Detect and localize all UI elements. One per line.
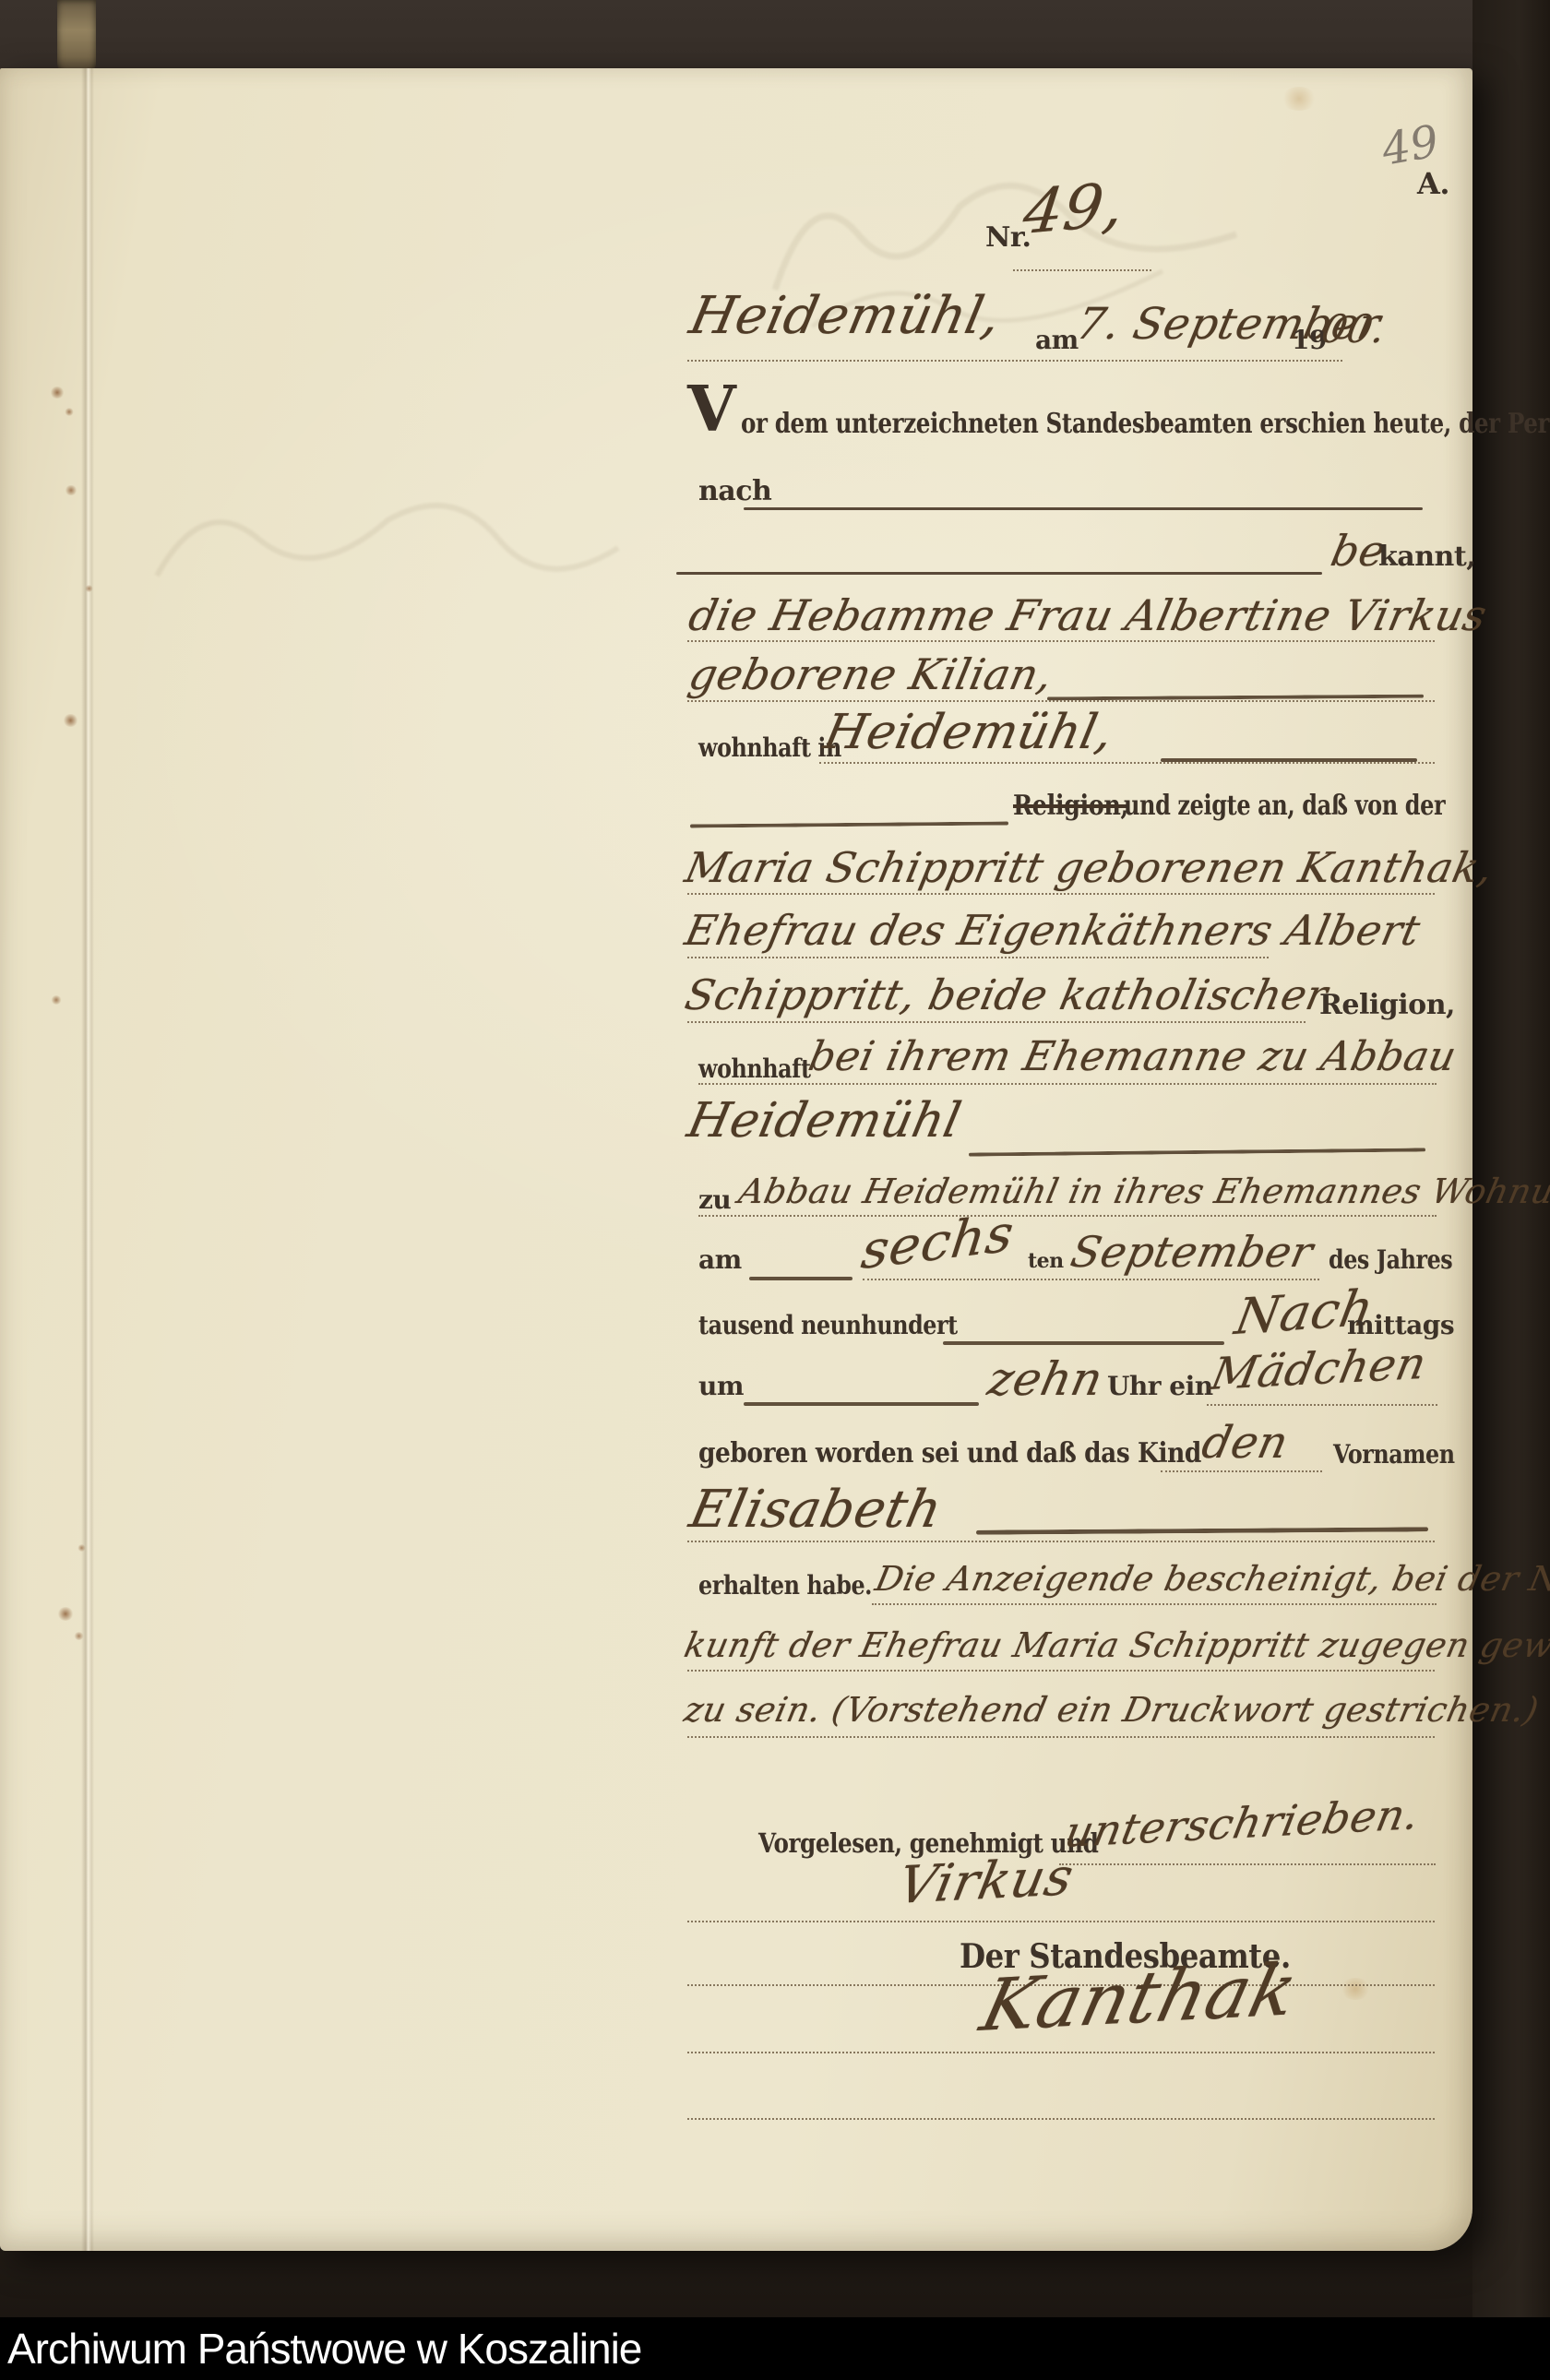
- mother-line2: Ehefrau des Eigenkäthners Albert: [681, 906, 1425, 955]
- blank-stroke: [976, 1527, 1428, 1534]
- note-line1: Die Anzeigende bescheinigt, bei der Nied…: [872, 1559, 1550, 1599]
- blank-stroke: [749, 1277, 852, 1280]
- underline: [687, 893, 1435, 895]
- am-label: am: [1035, 325, 1079, 355]
- erhalten-label: erhalten habe.: [698, 1570, 872, 1601]
- uhr-ein-label: Uhr ein: [1107, 1371, 1213, 1401]
- mittags-label: mittags: [1347, 1310, 1454, 1340]
- child-name-handwritten: Elisabeth: [685, 1480, 948, 1540]
- zu-label: zu: [698, 1184, 731, 1215]
- vornamen-label: Vornamen: [1333, 1439, 1455, 1470]
- blank-stroke: [744, 1402, 979, 1406]
- archive-caption-bar: Archiwum Państwowe w Koszalinie: [0, 2317, 1550, 2380]
- underline: [687, 1021, 1306, 1023]
- underline: [863, 1279, 1319, 1280]
- stain: [57, 1607, 74, 1621]
- place-handwritten: Heidemühl,: [685, 286, 1007, 346]
- archive-scan-background: 49 A. Nr. 49, Heidemühl, am 7. September…: [0, 0, 1550, 2380]
- stain: [63, 714, 78, 727]
- stain: [77, 1544, 86, 1552]
- blank-stroke: [969, 1148, 1425, 1156]
- note-line3: zu sein. (Vorstehend ein Druckwort gestr…: [681, 1690, 1543, 1730]
- bekannt-printed: kannt,: [1378, 541, 1475, 573]
- unterschrieben-handwritten: unterschrieben.: [1061, 1789, 1424, 1857]
- underline: [687, 957, 1269, 958]
- blank-stroke: [690, 821, 1008, 827]
- underline: [687, 640, 1435, 642]
- geboren-label: geboren worden sei und daß das Kind: [698, 1437, 1201, 1470]
- birthplace-handwritten: Abbau Heidemühl in ihres Ehemannes Wohnu…: [735, 1172, 1550, 1211]
- corner-letter: A.: [1417, 166, 1449, 201]
- intro-text: or dem unterzeichneten Standesbeamten er…: [741, 408, 1550, 440]
- note-line2: kunft der Ehefrau Maria Schippritt zugeg…: [681, 1625, 1550, 1665]
- underline: [687, 1670, 1435, 1672]
- declarant-line1: die Hebamme Frau Albertine Virkus: [685, 590, 1491, 640]
- residence2-line2: Heidemühl: [683, 1093, 966, 1148]
- nach-label: nach: [698, 475, 771, 507]
- document-page: 49 A. Nr. 49, Heidemühl, am 7. September…: [0, 68, 1472, 2251]
- ink-bleedthrough: [148, 465, 627, 649]
- underline: [687, 360, 1342, 362]
- underline: [698, 1083, 1437, 1085]
- blank-stroke: [943, 1341, 1224, 1345]
- registrar-signature: Kanthak: [973, 1949, 1305, 2048]
- underline: [1207, 1404, 1437, 1406]
- des-jahres-label: des Jahres: [1329, 1244, 1452, 1275]
- underline: [698, 1215, 1437, 1217]
- underline: [872, 1603, 1437, 1605]
- record-number-value: 49,: [1019, 169, 1128, 248]
- binding-crease: [81, 68, 94, 2251]
- underline: [687, 1736, 1435, 1738]
- underline: [819, 762, 1435, 764]
- underline: [687, 2118, 1435, 2120]
- blank-stroke: [1161, 758, 1417, 762]
- stain: [74, 1632, 84, 1640]
- mother-line3: Schippritt, beide katholischer: [681, 970, 1332, 1019]
- am2-label: am: [698, 1244, 742, 1275]
- ten-label: ten: [1028, 1249, 1064, 1273]
- religion2-label: Religion,: [1319, 989, 1455, 1021]
- intro-initial: V: [687, 373, 735, 446]
- mother-line1: Maria Schippritt geborenen Kanthak,: [681, 843, 1497, 892]
- stain: [65, 485, 77, 495]
- underline: [1059, 1863, 1436, 1865]
- archive-name: Archiwum Państwowe w Koszalinie: [7, 2324, 641, 2374]
- den-handwritten: den: [1198, 1417, 1293, 1469]
- residence2-line1: bei ihrem Ehemanne zu Abbau: [805, 1033, 1461, 1080]
- underline: [1161, 1470, 1322, 1472]
- stain: [51, 995, 62, 1005]
- residence-handwritten: Heidemühl,: [819, 705, 1118, 760]
- child-sex-handwritten: Mädchen: [1207, 1338, 1431, 1400]
- underline: [687, 1921, 1435, 1922]
- zeigte-an-label: und zeigte an, daß von der: [1124, 790, 1445, 822]
- witness-signature: Virkus: [893, 1847, 1079, 1916]
- underline: [687, 1541, 1435, 1542]
- birth-month-handwritten: September: [1067, 1227, 1317, 1277]
- birth-hour-handwritten: zehn: [984, 1352, 1108, 1406]
- binding-thread: [57, 0, 96, 76]
- underline: [1013, 269, 1151, 271]
- stain: [50, 387, 65, 399]
- stain: [1340, 1978, 1371, 2000]
- wohnhaft2-label: wohnhaft: [698, 1053, 811, 1084]
- blank-rule: [676, 572, 1322, 575]
- blank-rule: [744, 507, 1423, 510]
- stain: [65, 408, 74, 416]
- year-handwritten: 00.: [1317, 306, 1390, 351]
- stain: [85, 585, 93, 592]
- um-label: um: [698, 1371, 744, 1401]
- underline: [687, 2052, 1435, 2053]
- stain: [1281, 87, 1317, 111]
- religion-struck: Religion,: [1013, 790, 1128, 822]
- tausend-label: tausend neunhundert: [698, 1310, 958, 1340]
- declarant-line2: geborene Kilian,: [685, 649, 1057, 699]
